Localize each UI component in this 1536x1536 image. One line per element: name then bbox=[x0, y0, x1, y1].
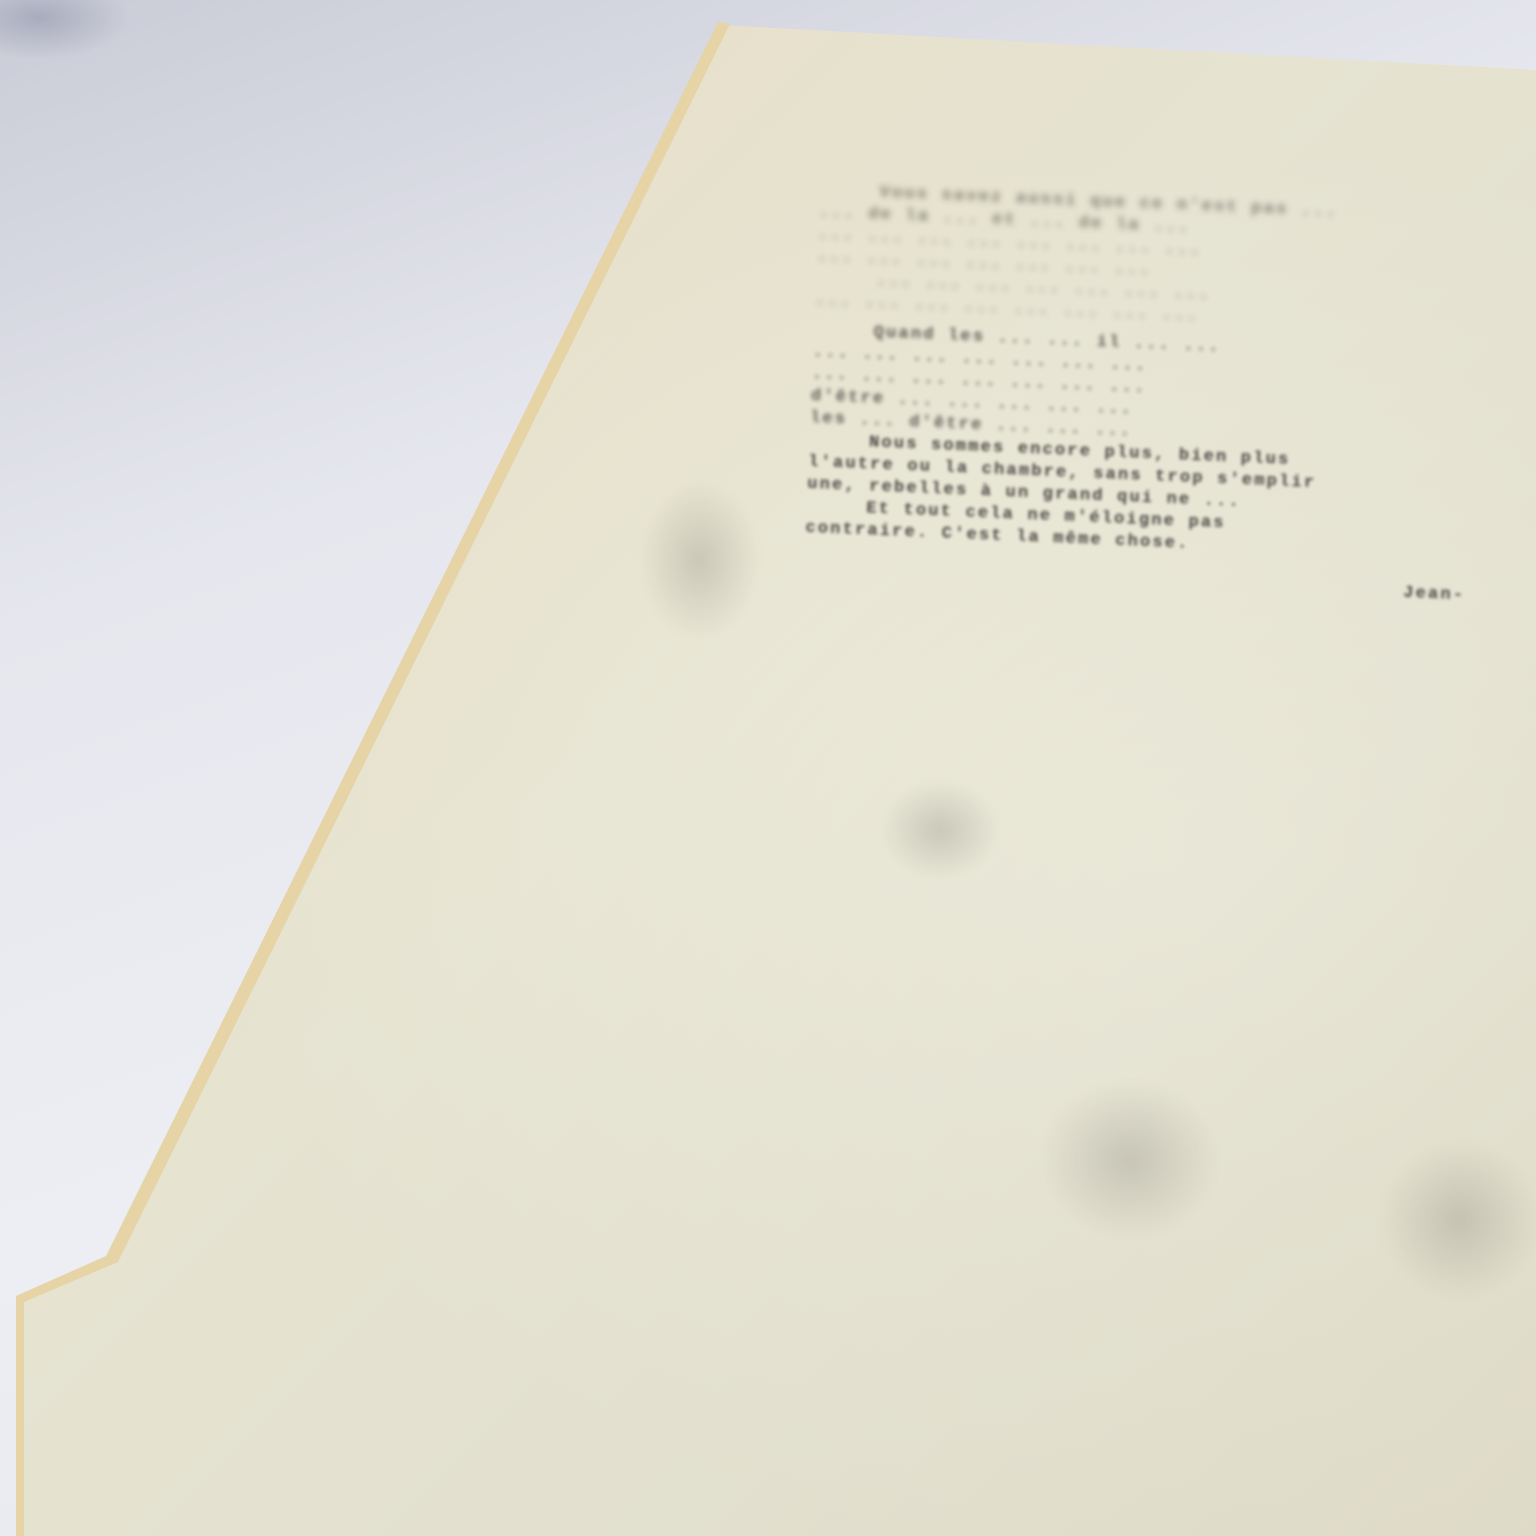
smudge-mark bbox=[1380, 1140, 1536, 1300]
smudge-mark bbox=[640, 480, 760, 640]
typed-letter-body: Vous savez aussi que ce n'est pas ... ..… bbox=[803, 180, 1536, 611]
smudge-mark bbox=[880, 780, 1000, 880]
background-shadow bbox=[0, 0, 130, 60]
smudge-mark bbox=[1040, 1080, 1220, 1240]
